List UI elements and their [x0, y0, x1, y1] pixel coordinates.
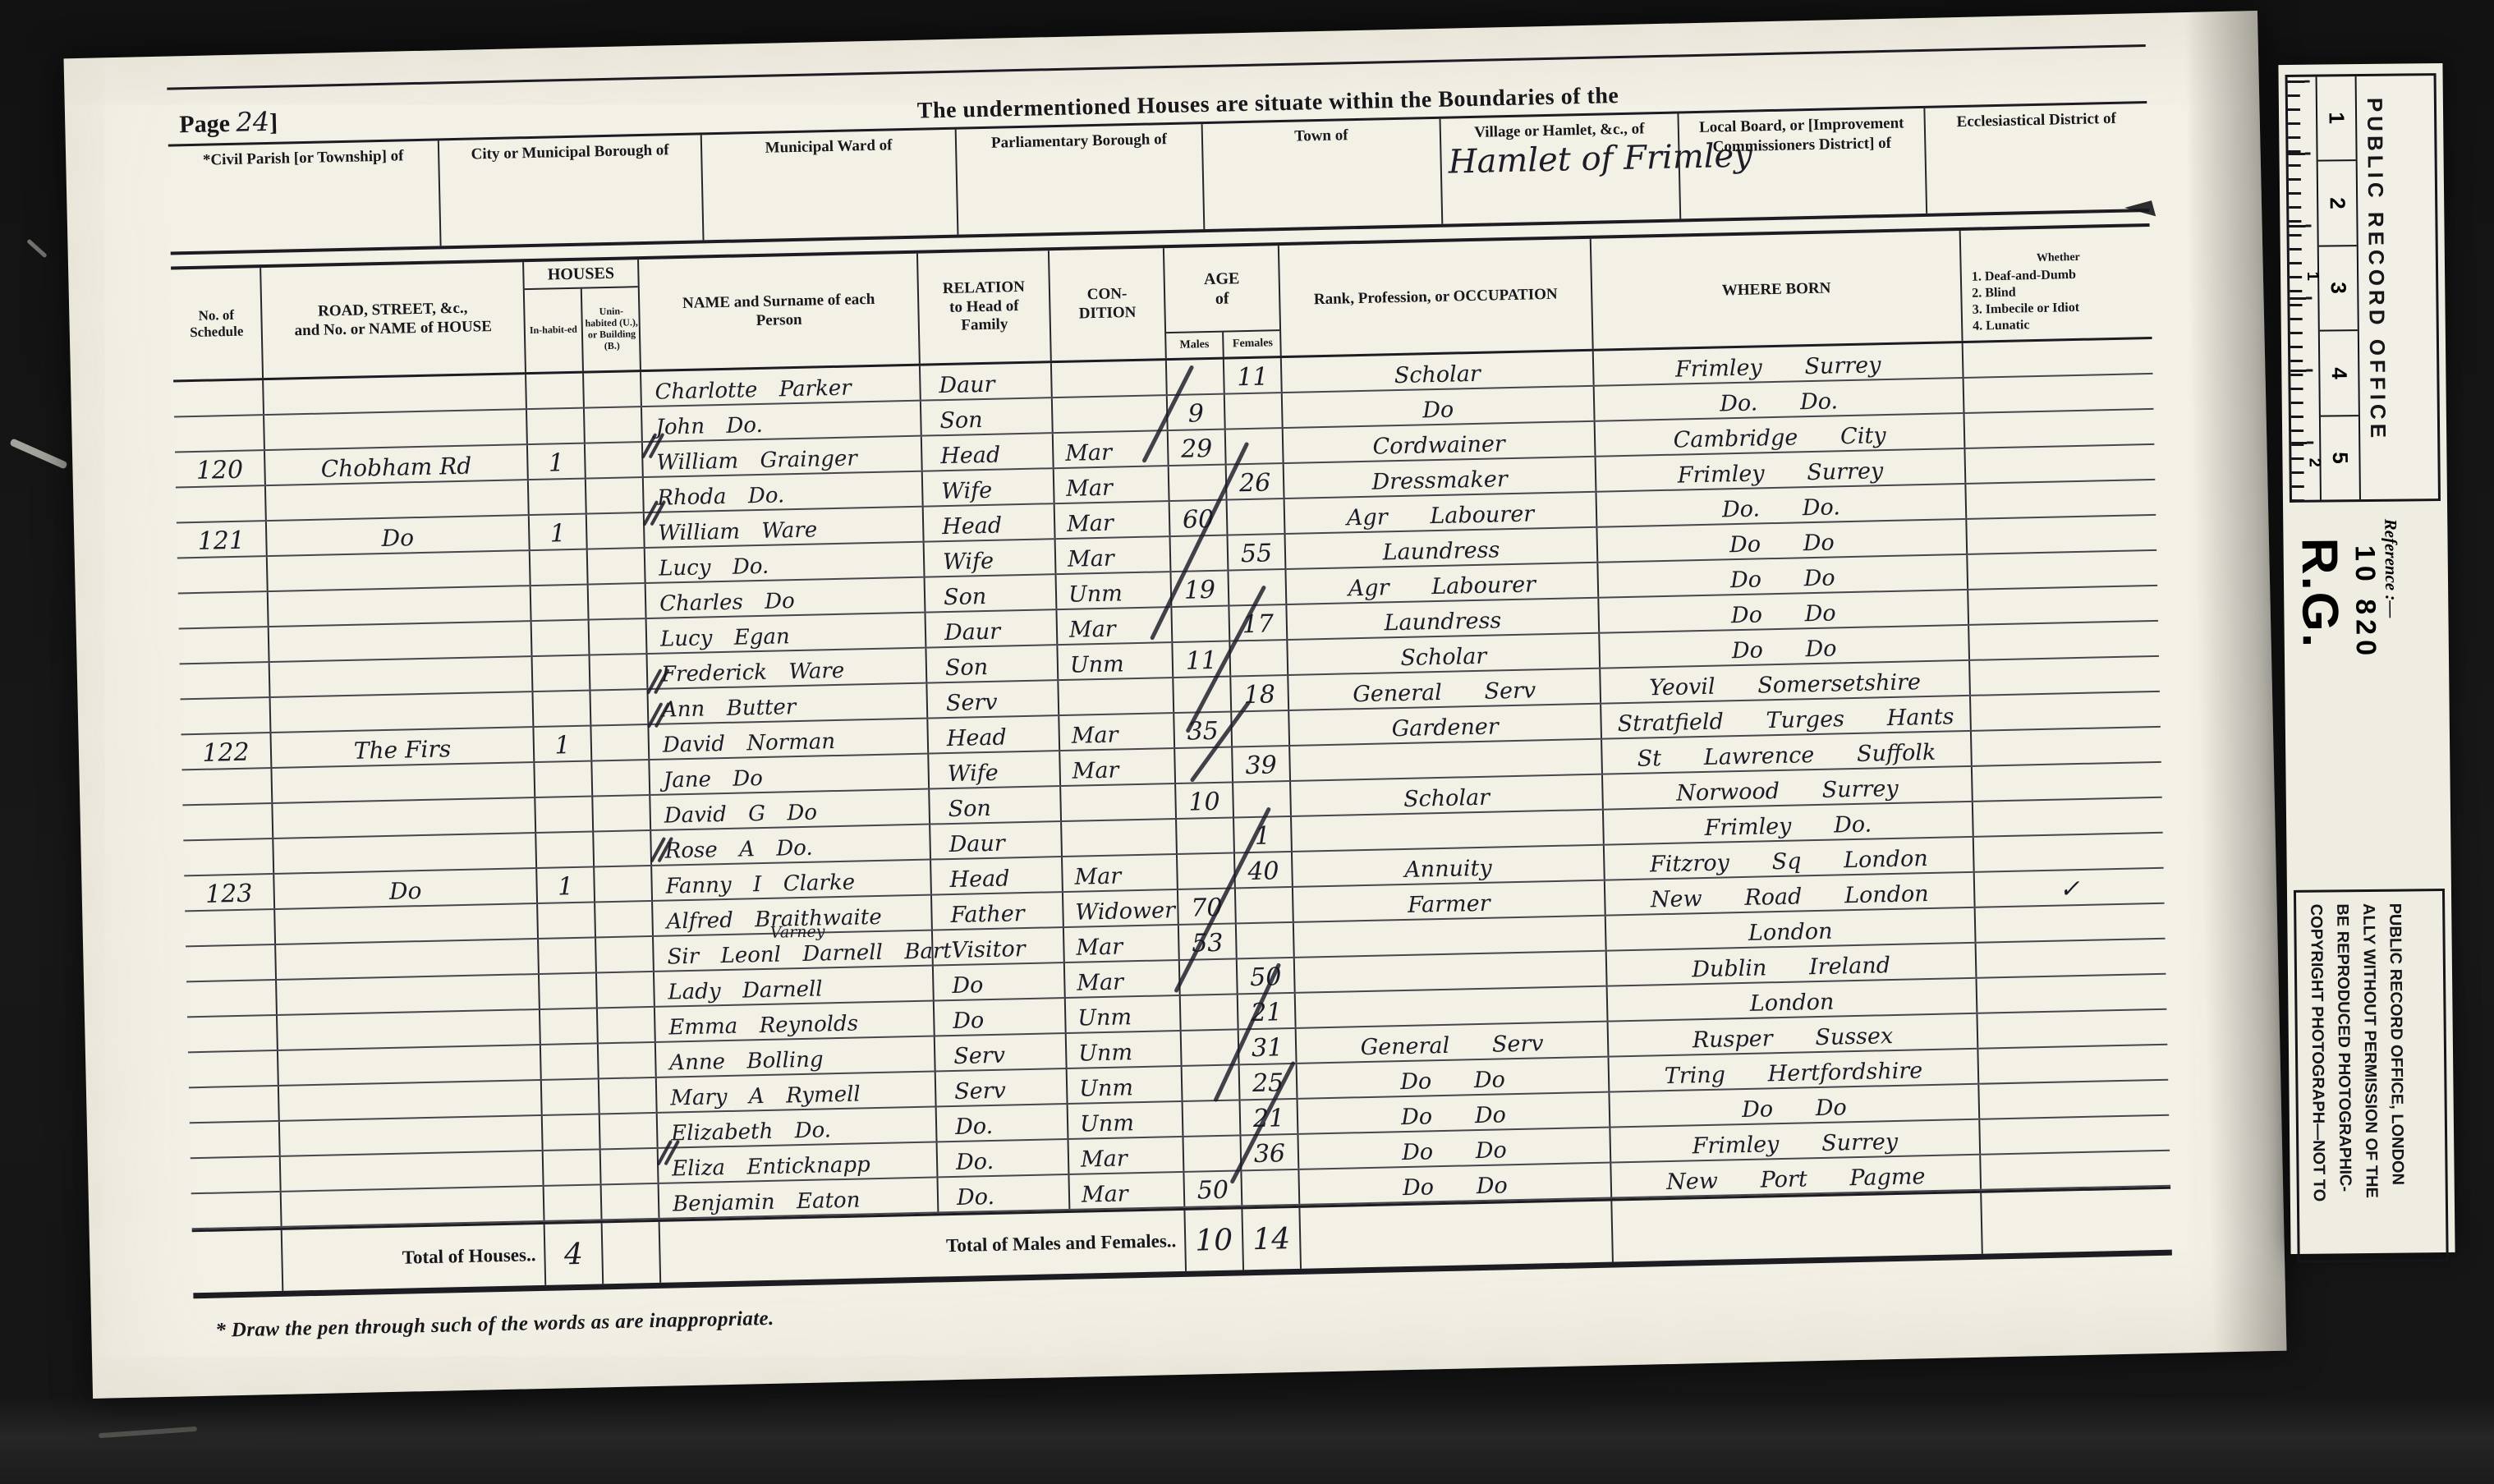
col-header-text: of — [1215, 288, 1229, 308]
col-header-relation: RELATION to Head of Family — [918, 250, 1052, 363]
cell-name: David Norman — [649, 719, 929, 759]
cell-disability — [1965, 445, 2155, 483]
cell-inhabited — [540, 973, 598, 1008]
cell-inhabited: 1 — [534, 727, 592, 762]
cell-disability — [1965, 410, 2155, 448]
cell-age-female: 17 — [1229, 605, 1288, 641]
cell-age-male: 70 — [1178, 889, 1237, 924]
cell-uninhabited — [585, 407, 643, 443]
cell-age-male — [1167, 360, 1225, 395]
cell-road-street — [273, 834, 537, 873]
cell-schedule-number — [173, 380, 264, 416]
cell-condition — [1053, 396, 1169, 432]
totals-empty-cell — [603, 1222, 662, 1284]
ink-fold-mark — [2124, 200, 2156, 223]
census-form-page: Page 24] The undermentioned Houses are s… — [64, 11, 2287, 1399]
cell-where-born: Do Do — [1599, 590, 1969, 632]
ruler-number: 4 — [2320, 331, 2359, 416]
cell-occupation — [1296, 987, 1609, 1027]
cell-uninhabited — [587, 513, 645, 549]
photo-bottom-band — [0, 1398, 2494, 1484]
cell-occupation: Do Do — [1299, 1164, 1612, 1204]
cell-inhabited: 1 — [528, 444, 586, 480]
cell-condition: Mar — [1069, 1173, 1185, 1209]
cell-disability — [1968, 551, 2157, 589]
cell-age-male — [1181, 995, 1239, 1030]
col-header-text: 2. Blind — [1972, 284, 2016, 301]
col-header-text: Whether — [2037, 251, 2080, 266]
cell-schedule-number — [185, 910, 276, 945]
cell-road-street — [282, 1187, 545, 1226]
cell-road-street: Do — [274, 869, 538, 908]
cell-age-male: 35 — [1174, 712, 1233, 747]
cell-occupation — [1295, 952, 1608, 992]
cell-relation: Wife — [929, 751, 1061, 788]
copyright-line: ALLY WITHOUT PERMISSION OF THE — [2355, 903, 2385, 1248]
film-scratch — [26, 239, 48, 259]
reference-number: R.G. 10 820 — [2290, 508, 2384, 878]
header-box-ecclesiastical-district: Ecclesiastical District of — [1925, 103, 2149, 214]
copyright-line: BE REPRODUCED PHOTOGRAPHIC- — [2329, 903, 2359, 1248]
cell-condition: Mar — [1056, 537, 1172, 573]
col-header-uninhabited: Unin-habited (U.), or Building (B.) — [582, 287, 641, 371]
cell-age-female: 18 — [1231, 676, 1289, 711]
cell-name: Elizabeth Do. — [658, 1107, 938, 1146]
cell-schedule-number — [186, 981, 278, 1016]
cell-road-street — [271, 692, 535, 732]
cell-age-female: 55 — [1229, 535, 1287, 570]
cell-relation: Daur — [921, 363, 1053, 399]
col-header-text: and No. or NAME of HOUSE — [294, 318, 492, 341]
cell-uninhabited — [592, 760, 650, 796]
col-header-condition: CON- DITION — [1050, 248, 1167, 361]
cell-name: Eliza Enticknapp — [659, 1142, 939, 1182]
col-header-disability: Whether 1. Deaf-and-Dumb 2. Blind 3. Imb… — [1961, 227, 2152, 341]
cell-road-street — [270, 657, 534, 696]
cell-uninhabited — [596, 937, 655, 972]
cell-condition — [1059, 678, 1174, 714]
reference-label: Reference :— — [2380, 507, 2445, 877]
cell-where-born: Yeovil Somersetshire — [1601, 661, 1971, 703]
cell-where-born: Rusper Sussex — [1609, 1014, 1979, 1056]
cell-occupation: Do Do — [1298, 1128, 1611, 1169]
cell-occupation: Farmer — [1293, 881, 1606, 921]
cell-occupation: Gardener — [1289, 705, 1602, 745]
cell-inhabited — [544, 1150, 602, 1185]
cell-age-female — [1225, 393, 1284, 429]
cell-disability — [1976, 904, 2166, 942]
cell-schedule-number — [188, 1051, 279, 1087]
header-box-local-board: Local Board, or [Improvement Commissione… — [1679, 108, 1927, 219]
cell-schedule-number — [177, 557, 269, 592]
cell-occupation: Scholar — [1282, 351, 1595, 392]
col-header-text: 1. Deaf-and-Dumb — [1972, 267, 2077, 286]
cell-relation: Serv — [935, 1034, 1068, 1070]
cell-name: David G Do — [650, 790, 930, 829]
cell-uninhabited — [584, 372, 642, 407]
cell-relation: Head — [928, 716, 1060, 752]
cell-relation: Son — [925, 575, 1058, 611]
cell-occupation: Cordwainer — [1284, 422, 1596, 462]
cell-where-born: Cambridge City — [1596, 414, 1966, 456]
copyright-notice: COPYRIGHT PHOTOGRAPH—NOT TO BE REPRODUCE… — [2294, 889, 2449, 1263]
cell-road-street: Chobham Rd — [265, 445, 529, 485]
cell-inhabited — [538, 903, 596, 938]
cell-schedule-number — [176, 486, 267, 521]
col-header-text: Person — [756, 311, 801, 331]
cell-inhabited — [531, 586, 590, 621]
cell-schedule-number — [180, 663, 271, 698]
film-scratch — [9, 438, 67, 469]
copyright-line: PUBLIC RECORD OFFICE, LONDON — [2381, 903, 2411, 1247]
cell-inhabited — [544, 1185, 603, 1220]
cell-road-street: Do — [267, 516, 530, 555]
cell-relation: Wife — [925, 540, 1057, 576]
cell-occupation: Agr Labourer — [1285, 493, 1598, 533]
cell-name: William Grainger — [643, 437, 923, 476]
col-header-inhabited: In-habit-ed — [525, 289, 584, 373]
cell-relation: Head — [924, 504, 1056, 540]
cell-condition: Unm — [1066, 996, 1182, 1032]
col-header-text: AGE — [1204, 269, 1240, 289]
cell-inhabited — [530, 550, 589, 586]
cell-age-female — [1229, 570, 1287, 605]
col-header-text: CON- — [1087, 285, 1128, 305]
cell-age-male — [1183, 1136, 1242, 1171]
cell-disability — [1964, 339, 2153, 377]
cell-road-street: The Firs — [272, 728, 535, 767]
cell-inhabited — [529, 480, 587, 515]
cell-road-street — [275, 904, 539, 944]
public-record-office-text: PUBLIC RECORD OFFICE — [2357, 76, 2438, 499]
cell-occupation — [1294, 917, 1607, 957]
cell-where-born: Do Do — [1600, 626, 1970, 668]
cell-where-born: Tring Hertfordshire — [1609, 1050, 1979, 1091]
cell-age-male — [1183, 1100, 1242, 1136]
cell-where-born: Do Do — [1597, 520, 1968, 562]
cell-road-street — [266, 480, 530, 520]
photographed-census-page: Page 24] The undermentioned Houses are s… — [0, 0, 2494, 1484]
ruler-box: 1 2 1 2 3 4 5 PUBLIC RECORD OFFICE — [2285, 73, 2441, 503]
cell-age-female — [1237, 923, 1295, 958]
cell-age-male: 53 — [1179, 924, 1238, 959]
cell-age-female — [1232, 711, 1290, 747]
cell-where-born: Do. Do. — [1595, 379, 1965, 420]
page-number-label: Page 24] — [179, 108, 278, 140]
cell-age-female — [1226, 429, 1284, 464]
cell-disability — [1979, 1081, 2169, 1119]
cell-inhabited — [541, 1044, 599, 1079]
cell-age-female: 31 — [1239, 1029, 1298, 1064]
cell-occupation: Dressmaker — [1284, 457, 1597, 498]
col-header-text: 4. Lunatic — [1973, 317, 2030, 335]
cell-name: Lady Darnell — [655, 966, 935, 1005]
col-header-name: NAME and Surname of each Person — [639, 254, 921, 370]
cell-road-street — [278, 1010, 541, 1050]
cell-disability — [1967, 516, 2156, 554]
cell-disability — [1973, 763, 2162, 801]
header-box-municipal-ward: Municipal Ward of — [702, 130, 959, 241]
cell-age-female: 36 — [1241, 1135, 1299, 1170]
cell-relation: Do — [935, 999, 1067, 1035]
cell-condition — [1062, 820, 1178, 856]
cell-condition: Mar — [1054, 431, 1169, 467]
cell-condition: Mar — [1059, 714, 1175, 750]
cell-inhabited — [542, 1079, 600, 1114]
cell-age-female — [1236, 888, 1294, 923]
cell-name: Lucy Do. — [645, 543, 925, 582]
cell-inhabited — [533, 656, 591, 691]
cell-age-female: 21 — [1241, 1100, 1299, 1135]
cell-uninhabited — [602, 1184, 660, 1220]
reference-rg: R.G. — [2290, 537, 2351, 878]
cell-relation: Son — [926, 646, 1059, 682]
cell-name: John Do. — [642, 402, 922, 441]
cell-road-street — [280, 1116, 544, 1155]
cell-age-female: 11 — [1224, 358, 1283, 393]
cell-schedule-number — [183, 839, 274, 875]
total-males-value: 10 — [1185, 1209, 1244, 1271]
cell-uninhabited — [600, 1114, 659, 1149]
header-box-label: Local Board, or [Improvement Commissione… — [1686, 113, 1918, 158]
cell-schedule-number — [179, 627, 270, 663]
census-rows: Charlotte Parker Daur 11 Scholar Frimley… — [173, 339, 2170, 1229]
cell-relation: Wife — [923, 469, 1055, 505]
cell-age-female: 50 — [1238, 958, 1296, 994]
cell-name: Mary A Rymell — [657, 1072, 937, 1111]
cell-age-female: 26 — [1227, 464, 1285, 499]
cell-condition: Mar — [1065, 961, 1181, 997]
col-header-houses-group: HOUSES In-habit-ed Unin-habited (U.), or… — [524, 260, 641, 372]
cell-where-born: London — [1608, 979, 1978, 1021]
cell-road-street — [278, 1045, 542, 1085]
cell-age-male: 19 — [1171, 572, 1229, 607]
cell-where-born: Stratfield Turges Hants — [1601, 696, 1972, 738]
cell-inhabited — [539, 938, 597, 973]
cell-age-female — [1230, 641, 1288, 676]
cell-disability — [1971, 692, 2161, 730]
cell-occupation — [1290, 740, 1603, 780]
cell-inhabited — [540, 1008, 599, 1044]
cell-name: Rhoda Do. — [644, 472, 924, 512]
cell-road-street — [268, 551, 531, 590]
census-table: No. of Schedule ROAD, STREET, &c., and N… — [171, 223, 2172, 1298]
cell-name: Frederick Ware — [648, 649, 928, 688]
cell-age-male — [1177, 818, 1235, 853]
cell-relation: Serv — [927, 681, 1059, 717]
col-header-where-born: WHERE BORN — [1591, 231, 1964, 349]
cell-inhabited — [526, 374, 585, 409]
cell-schedule-number — [187, 1016, 278, 1051]
cell-condition: Mar — [1054, 466, 1170, 503]
cell-where-born: Do Do — [1610, 1085, 1980, 1127]
col-header-road: ROAD, STREET, &c., and No. or NAME of HO… — [261, 262, 526, 378]
col-header-text: to Head of — [949, 297, 1019, 318]
cell-age-male — [1174, 678, 1232, 713]
ruler-number: 1 — [2317, 76, 2356, 162]
cell-where-born: New Road London — [1605, 873, 1976, 915]
cell-age-male — [1178, 853, 1236, 889]
cell-where-born: Do. Do. — [1596, 485, 1967, 526]
cell-age-male — [1172, 607, 1230, 642]
total-females-value: 14 — [1242, 1208, 1302, 1270]
cell-condition — [1061, 784, 1177, 820]
cell-condition: Widower — [1063, 890, 1179, 926]
cell-occupation: General Serv — [1297, 1022, 1610, 1063]
cell-occupation: Do — [1283, 387, 1596, 427]
cell-age-male — [1175, 747, 1233, 783]
cell-disability — [1977, 975, 2167, 1013]
cell-age-female: 39 — [1233, 747, 1291, 782]
cell-condition: Mar — [1069, 1137, 1185, 1174]
cell-age-male — [1182, 1030, 1240, 1065]
totals-empty-cell — [1982, 1189, 2172, 1254]
cell-relation: Do. — [937, 1105, 1069, 1141]
cell-uninhabited — [586, 443, 644, 478]
cell-age-male: 50 — [1184, 1171, 1242, 1206]
cell-occupation: General Serv — [1288, 669, 1601, 710]
cell-uninhabited — [601, 1149, 659, 1184]
header-box-parliamentary-borough: Parliamentary Borough of — [957, 124, 1206, 235]
cell-condition: Mar — [1057, 608, 1173, 644]
cell-disability — [1978, 1045, 2168, 1083]
ruler-number: 3 — [2319, 246, 2358, 332]
cell-uninhabited — [590, 690, 649, 725]
cell-inhabited — [532, 621, 590, 656]
cell-disability — [1970, 657, 2160, 695]
cell-occupation: Do Do — [1298, 1058, 1610, 1098]
cell-where-born: Frimley Do. — [1604, 802, 1974, 844]
copyright-line: COPYRIGHT PHOTOGRAPH—NOT TO — [2303, 903, 2332, 1248]
cell-age-female: 21 — [1238, 994, 1297, 1029]
cell-condition: Unm — [1058, 643, 1174, 679]
cell-inhabited: 1 — [530, 515, 588, 550]
totals-empty-cell — [1612, 1193, 1983, 1262]
cell-inhabited — [543, 1114, 601, 1150]
cell-age-female — [1233, 782, 1292, 817]
cell-name: Anne Bolling — [656, 1036, 936, 1076]
cell-relation: Daur — [925, 610, 1058, 646]
cell-condition: Unm — [1068, 1102, 1184, 1138]
cell-condition: Unm — [1068, 1067, 1183, 1103]
cell-age-female — [1228, 499, 1286, 535]
cell-schedule-number — [181, 698, 272, 733]
header-box-city-borough: City or Municipal Borough of — [439, 135, 705, 246]
cell-disability — [1973, 798, 2163, 836]
cell-where-born: London — [1606, 908, 1977, 950]
cell-uninhabited — [590, 655, 649, 690]
cell-road-street — [272, 763, 535, 802]
col-header-text: No. of — [198, 306, 234, 324]
cell-schedule-number — [181, 769, 273, 804]
cell-relation: Do — [934, 963, 1066, 999]
cell-road-street — [264, 410, 528, 449]
cell-name: Charlotte Parker — [641, 366, 921, 406]
cell-name: Ann Butter — [648, 684, 928, 724]
total-males-females-label: Total of Males and Females.. — [660, 1211, 1187, 1283]
col-header-text: 3. Imbecile or Idiot — [1973, 300, 2080, 319]
total-houses-label: Total of Houses.. — [282, 1224, 547, 1291]
cell-occupation — [1292, 811, 1605, 851]
cell-road-street — [276, 940, 540, 979]
cell-road-street — [269, 586, 532, 626]
cell-disability — [1968, 586, 2158, 624]
cell-disability — [1966, 480, 2156, 518]
cell-road-street — [279, 1081, 543, 1120]
cell-occupation: Annuity — [1293, 846, 1605, 886]
cell-relation: Son — [921, 398, 1054, 434]
cell-schedule-number — [178, 592, 269, 627]
cell-age-female: 25 — [1240, 1064, 1298, 1100]
cell-where-born: New Port Pagme — [1611, 1155, 1982, 1197]
cell-name: Emma Reynolds — [655, 1001, 935, 1041]
cell-inhabited — [533, 691, 591, 727]
cell-where-born: Do Do — [1598, 555, 1968, 597]
cell-disability — [1981, 1151, 2170, 1189]
cell-age-female: 40 — [1235, 852, 1293, 888]
cell-age-male — [1180, 959, 1238, 995]
cell-road-street — [281, 1151, 544, 1191]
cell-where-born: Fitzroy Sq London — [1605, 838, 1975, 880]
reference-piece-number: 10 820 — [2349, 545, 2384, 877]
col-header-text: Family — [961, 316, 1008, 336]
header-box-village-hamlet: Village or Hamlet, &c., of Hamlet of Fri… — [1441, 113, 1682, 223]
cell-disability — [1969, 622, 2159, 659]
cell-uninhabited — [595, 902, 654, 937]
ruler-outer-number: 1 — [2303, 271, 2322, 280]
cell-schedule-number — [191, 1192, 282, 1228]
cell-disability — [1972, 728, 2161, 765]
cell-age-male: 60 — [1170, 501, 1229, 536]
cell-uninhabited — [594, 831, 652, 866]
cell-inhabited — [535, 761, 593, 797]
cell-occupation: Laundress — [1286, 528, 1599, 568]
cell-condition: Mar — [1064, 926, 1180, 962]
cell-age-male: 11 — [1173, 642, 1231, 678]
cell-schedule-number: 121 — [177, 521, 268, 557]
cell-schedule-number — [191, 1157, 282, 1192]
cell-age-male — [1171, 536, 1229, 572]
totals-empty-cell — [192, 1230, 284, 1293]
cell-where-born: Frimley Surrey — [1596, 449, 1967, 491]
cell-uninhabited — [589, 584, 647, 619]
cell-inhabited: 1 — [537, 867, 595, 903]
cell-occupation: Agr Labourer — [1286, 563, 1599, 604]
header-box-town: Town of — [1203, 119, 1444, 229]
cell-age-male: 29 — [1169, 430, 1227, 466]
cell-condition: Unm — [1067, 1031, 1183, 1068]
cell-uninhabited — [595, 866, 653, 902]
col-header-houses: HOUSES — [524, 260, 638, 290]
cell-name: Lucy Egan — [647, 613, 927, 653]
col-header-age-group: AGE of Males Females — [1164, 246, 1282, 358]
col-header-females: Females — [1224, 331, 1282, 357]
totals-empty-cell — [1300, 1201, 1614, 1269]
cell-schedule-number: 120 — [175, 451, 266, 486]
cell-schedule-number — [186, 945, 277, 981]
col-header-text: DITION — [1079, 304, 1137, 324]
cell-relation: Head — [922, 434, 1054, 470]
col-header-males: Males — [1166, 333, 1224, 359]
cell-schedule-number — [182, 804, 273, 839]
cell-relation: Son — [930, 787, 1062, 823]
cell-schedule-number: 123 — [184, 875, 275, 910]
cell-relation: Head — [931, 857, 1063, 894]
cell-uninhabited — [588, 549, 646, 584]
cell-disability — [1977, 940, 2166, 977]
cell-inhabited — [535, 797, 594, 832]
ruler-number: 2 — [2318, 162, 2357, 247]
